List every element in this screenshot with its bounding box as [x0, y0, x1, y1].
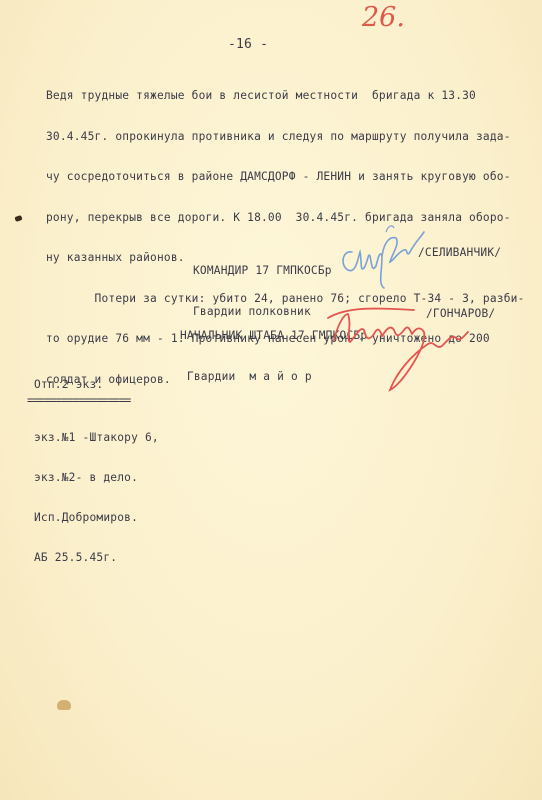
signatory-title: КОМАНДИР 17 ГМПКОСБр: [193, 264, 332, 278]
stain-mark-icon: [57, 700, 71, 710]
blue-signature-icon: [338, 222, 428, 292]
document-page: 26. -16 - Ведя трудные тяжелые бои в лес…: [0, 0, 542, 800]
red-signature-icon: [318, 300, 488, 395]
hole-punch-mark-icon: [14, 215, 22, 222]
distribution-line: экз.№2- в дело.: [34, 471, 159, 484]
page-number: -16 -: [228, 38, 268, 52]
distribution-list: экз.№1 -Штакору 6, экз.№2- в дело. Исп.Д…: [34, 404, 159, 591]
body-line: рону, перекрыв все дороги. К 18.00 30.4.…: [46, 211, 525, 225]
signatory-name: /СЕЛИВАНЧИК/: [418, 246, 501, 260]
distribution-line: экз.№1 -Штакору 6,: [34, 431, 159, 444]
archive-page-number: 26.: [362, 2, 405, 33]
distribution-line: АБ 25.5.45г.: [34, 551, 159, 564]
body-line: Ведя трудные тяжелые бои в лесистой мест…: [46, 89, 525, 103]
distribution-line: Исп.Добромиров.: [34, 511, 159, 524]
body-line: 30.4.45г. опрокинула противника и следуя…: [46, 130, 525, 144]
distribution-header: Отп.2 экз.: [34, 378, 103, 392]
body-line: чу сосредоточиться в районе ДАМСДОРФ - Л…: [46, 170, 525, 184]
